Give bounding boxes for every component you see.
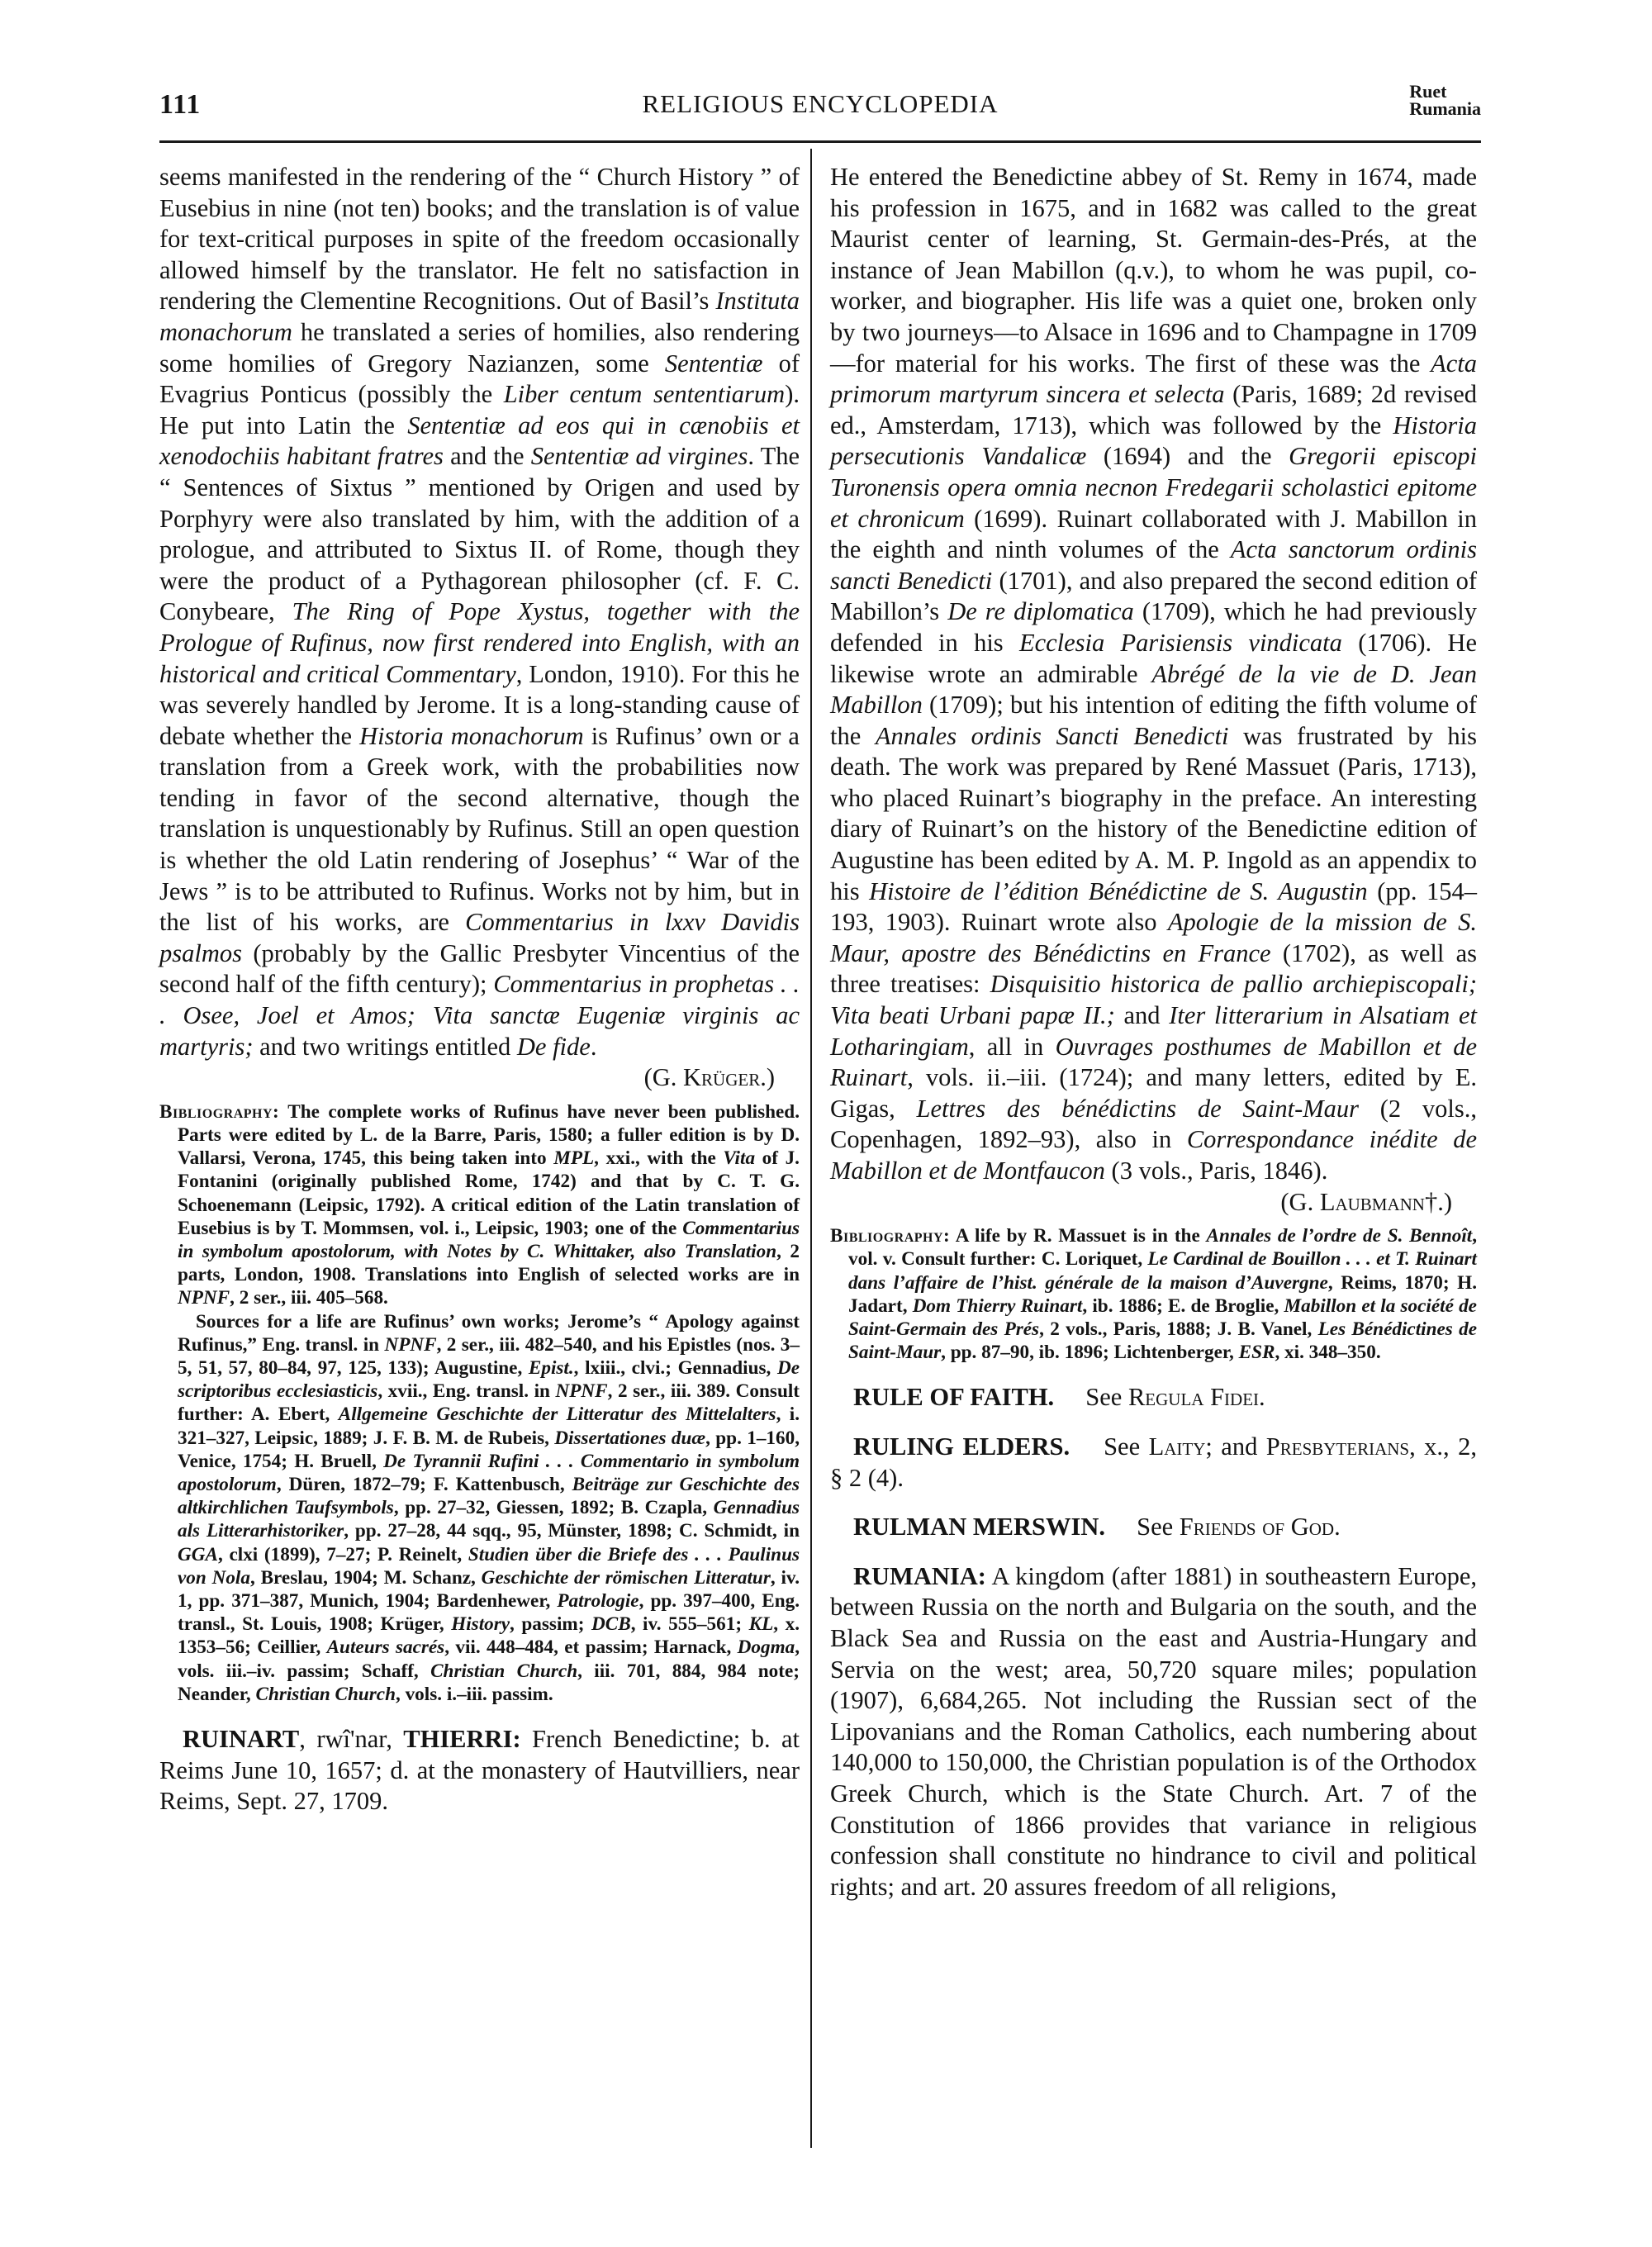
italic-title: De scriptoribus ecclesiasticis	[178, 1357, 800, 1402]
italic-title: Commentarius in lxxv Davidis psalmos	[159, 908, 800, 967]
bibliography-label: Bibliography:	[830, 1225, 950, 1247]
italic-title: Acta primorum martyrum sincera et select…	[830, 349, 1477, 409]
cross-reference-link[interactable]: Presbyterians	[1266, 1432, 1409, 1461]
entry-rulman-merswin: RULMAN MERSWIN. See Friends of God.	[830, 1512, 1477, 1543]
headword: RULING ELDERS.	[853, 1432, 1070, 1461]
entry-rule-of-faith: RULE OF FAITH. See Regula Fidei.	[830, 1382, 1477, 1413]
headword: RUINART	[183, 1725, 299, 1753]
italic-title: Correspondance inédite de Mabillon et de…	[830, 1125, 1477, 1185]
italic-title: ESR	[1239, 1342, 1275, 1363]
italic-title: MPL	[553, 1147, 594, 1169]
bibliography-text: The complete works of Rufinus have never…	[178, 1101, 800, 1309]
italic-title: NPNF	[384, 1334, 436, 1356]
italic-title: Commentarius in symbolum apostolorum, wi…	[178, 1218, 800, 1262]
italic-title: Abrégé de la vie de D. Jean Mabillon	[830, 660, 1477, 720]
bibliography-block: Bibliography: A life by R. Massuet is in…	[830, 1224, 1477, 1364]
italic-title: Geschichte der römischen Litteratur	[482, 1567, 771, 1589]
italic-title: NPNF	[556, 1380, 608, 1402]
italic-title: Christian Church	[255, 1684, 396, 1705]
running-title: RELIGIOUS ENCYCLOPEDIA	[159, 89, 1481, 119]
italic-title: Allgemeine Geschichte der Litteratur des…	[339, 1404, 776, 1425]
author-signature: (G. Krüger.)	[159, 1062, 800, 1094]
author-signature: (G. Laubmann†.)	[830, 1187, 1477, 1219]
italic-title: GGA	[178, 1544, 218, 1565]
italic-title: Ecclesia Parisiensis vindicata	[1019, 629, 1342, 657]
see-label: See	[1104, 1432, 1148, 1461]
column-divider	[810, 149, 812, 2148]
italic-title: NPNF	[178, 1287, 230, 1309]
headword-given-name: THIERRI:	[403, 1725, 520, 1753]
signature-line: (G. Krüger.)	[159, 1062, 800, 1094]
headword: RUMANIA:	[853, 1562, 986, 1590]
italic-title: Apologie de la mission de S. Maur, apost…	[830, 908, 1477, 967]
rufinus-article-body: seems manifested in the rendering of the…	[159, 162, 800, 1062]
entry-ruling-elders: RULING ELDERS. See Laity; and Presbyteri…	[830, 1432, 1477, 1494]
italic-title: De fide	[517, 1033, 591, 1061]
italic-title: The Ring of Pope Xystus, together with t…	[159, 597, 800, 687]
italic-title: Vita	[723, 1147, 755, 1169]
italic-title: Epist.	[529, 1357, 574, 1379]
connector-text: ; and	[1205, 1432, 1265, 1461]
signature-line: (G. Laubmann†.)	[830, 1187, 1477, 1219]
italic-title: Annales de l’ordre de S. Bennoît	[1207, 1225, 1473, 1247]
pronunciation: , rwî'nar,	[299, 1725, 403, 1753]
bibliography-sources: Sources for a life are Rufinus’ own work…	[159, 1310, 800, 1706]
left-column: seems manifested in the rendering of the…	[159, 162, 800, 1817]
ruinart-article-body: He entered the Benedictine abbey of St. …	[830, 162, 1477, 1187]
punctuation: .	[1259, 1383, 1265, 1411]
italic-title: Patrologie	[557, 1590, 638, 1612]
see-label: See	[1137, 1513, 1180, 1541]
italic-title: Auteurs sacrés	[327, 1637, 445, 1658]
punctuation: .	[1334, 1513, 1341, 1541]
header-rule	[159, 140, 1481, 143]
italic-title: Sententiæ	[665, 349, 763, 378]
cross-reference-link[interactable]: Friends of God	[1180, 1513, 1334, 1541]
italic-title: Dogma	[738, 1637, 795, 1658]
cross-reference-link[interactable]: Regula Fidei	[1128, 1383, 1259, 1411]
guide-words: Ruet Rumania	[1409, 83, 1481, 117]
headword: RULE OF FAITH.	[853, 1383, 1054, 1411]
italic-title: Liber centum sententiarum	[504, 380, 786, 408]
encyclopedia-page: 111 RELIGIOUS ENCYCLOPEDIA Ruet Rumania …	[0, 0, 1652, 2247]
entry-ruinart: RUINART, rwî'nar, THIERRI: French Benedi…	[159, 1724, 800, 1817]
italic-title: Le Cardinal de Bouillon . . . et T. Ruin…	[848, 1248, 1477, 1293]
italic-title: Dom Thierry Ruinart	[913, 1295, 1083, 1317]
headword: RULMAN MERSWIN.	[853, 1513, 1105, 1541]
italic-title: Commentarius in prophetas . . . Osee, Jo…	[159, 970, 800, 1060]
italic-title: KL	[749, 1613, 774, 1635]
italic-title: DCB	[591, 1613, 631, 1635]
right-column: He entered the Benedictine abbey of St. …	[830, 162, 1477, 1903]
italic-title: History	[451, 1613, 510, 1635]
bibliography-label: Bibliography:	[159, 1101, 279, 1123]
entry-rumania: RUMANIA: A kingdom (after 1881) in south…	[830, 1561, 1477, 1903]
italic-title: Instituta monachorum	[159, 287, 800, 346]
guide-word-first: Ruet	[1409, 83, 1481, 100]
see-label: See	[1085, 1383, 1128, 1411]
bibliography-block: Bibliography: The complete works of Rufi…	[159, 1100, 800, 1310]
italic-title: Historia monachorum	[359, 722, 584, 750]
italic-title: Christian Church	[430, 1660, 577, 1682]
italic-title: Annales ordinis Sancti Benedicti	[876, 722, 1229, 750]
italic-title: Histoire de l’édition Bénédictine de S. …	[869, 877, 1368, 905]
italic-title: Lettres des bénédictins de Saint-Maur	[917, 1095, 1360, 1123]
italic-title: Acta sanctorum ordinis sancti Benedicti	[830, 535, 1477, 595]
italic-title: De re diplomatica	[947, 597, 1134, 625]
italic-title: Sententiæ ad virgines	[531, 442, 748, 470]
running-head: 111 RELIGIOUS ENCYCLOPEDIA Ruet Rumania	[159, 83, 1481, 132]
italic-title: Dissertationes duæ	[554, 1428, 705, 1449]
entry-text: A kingdom (after 1881) in southeastern E…	[830, 1562, 1477, 1901]
cross-reference-link[interactable]: Laity	[1149, 1432, 1206, 1461]
guide-word-last: Rumania	[1409, 100, 1481, 117]
